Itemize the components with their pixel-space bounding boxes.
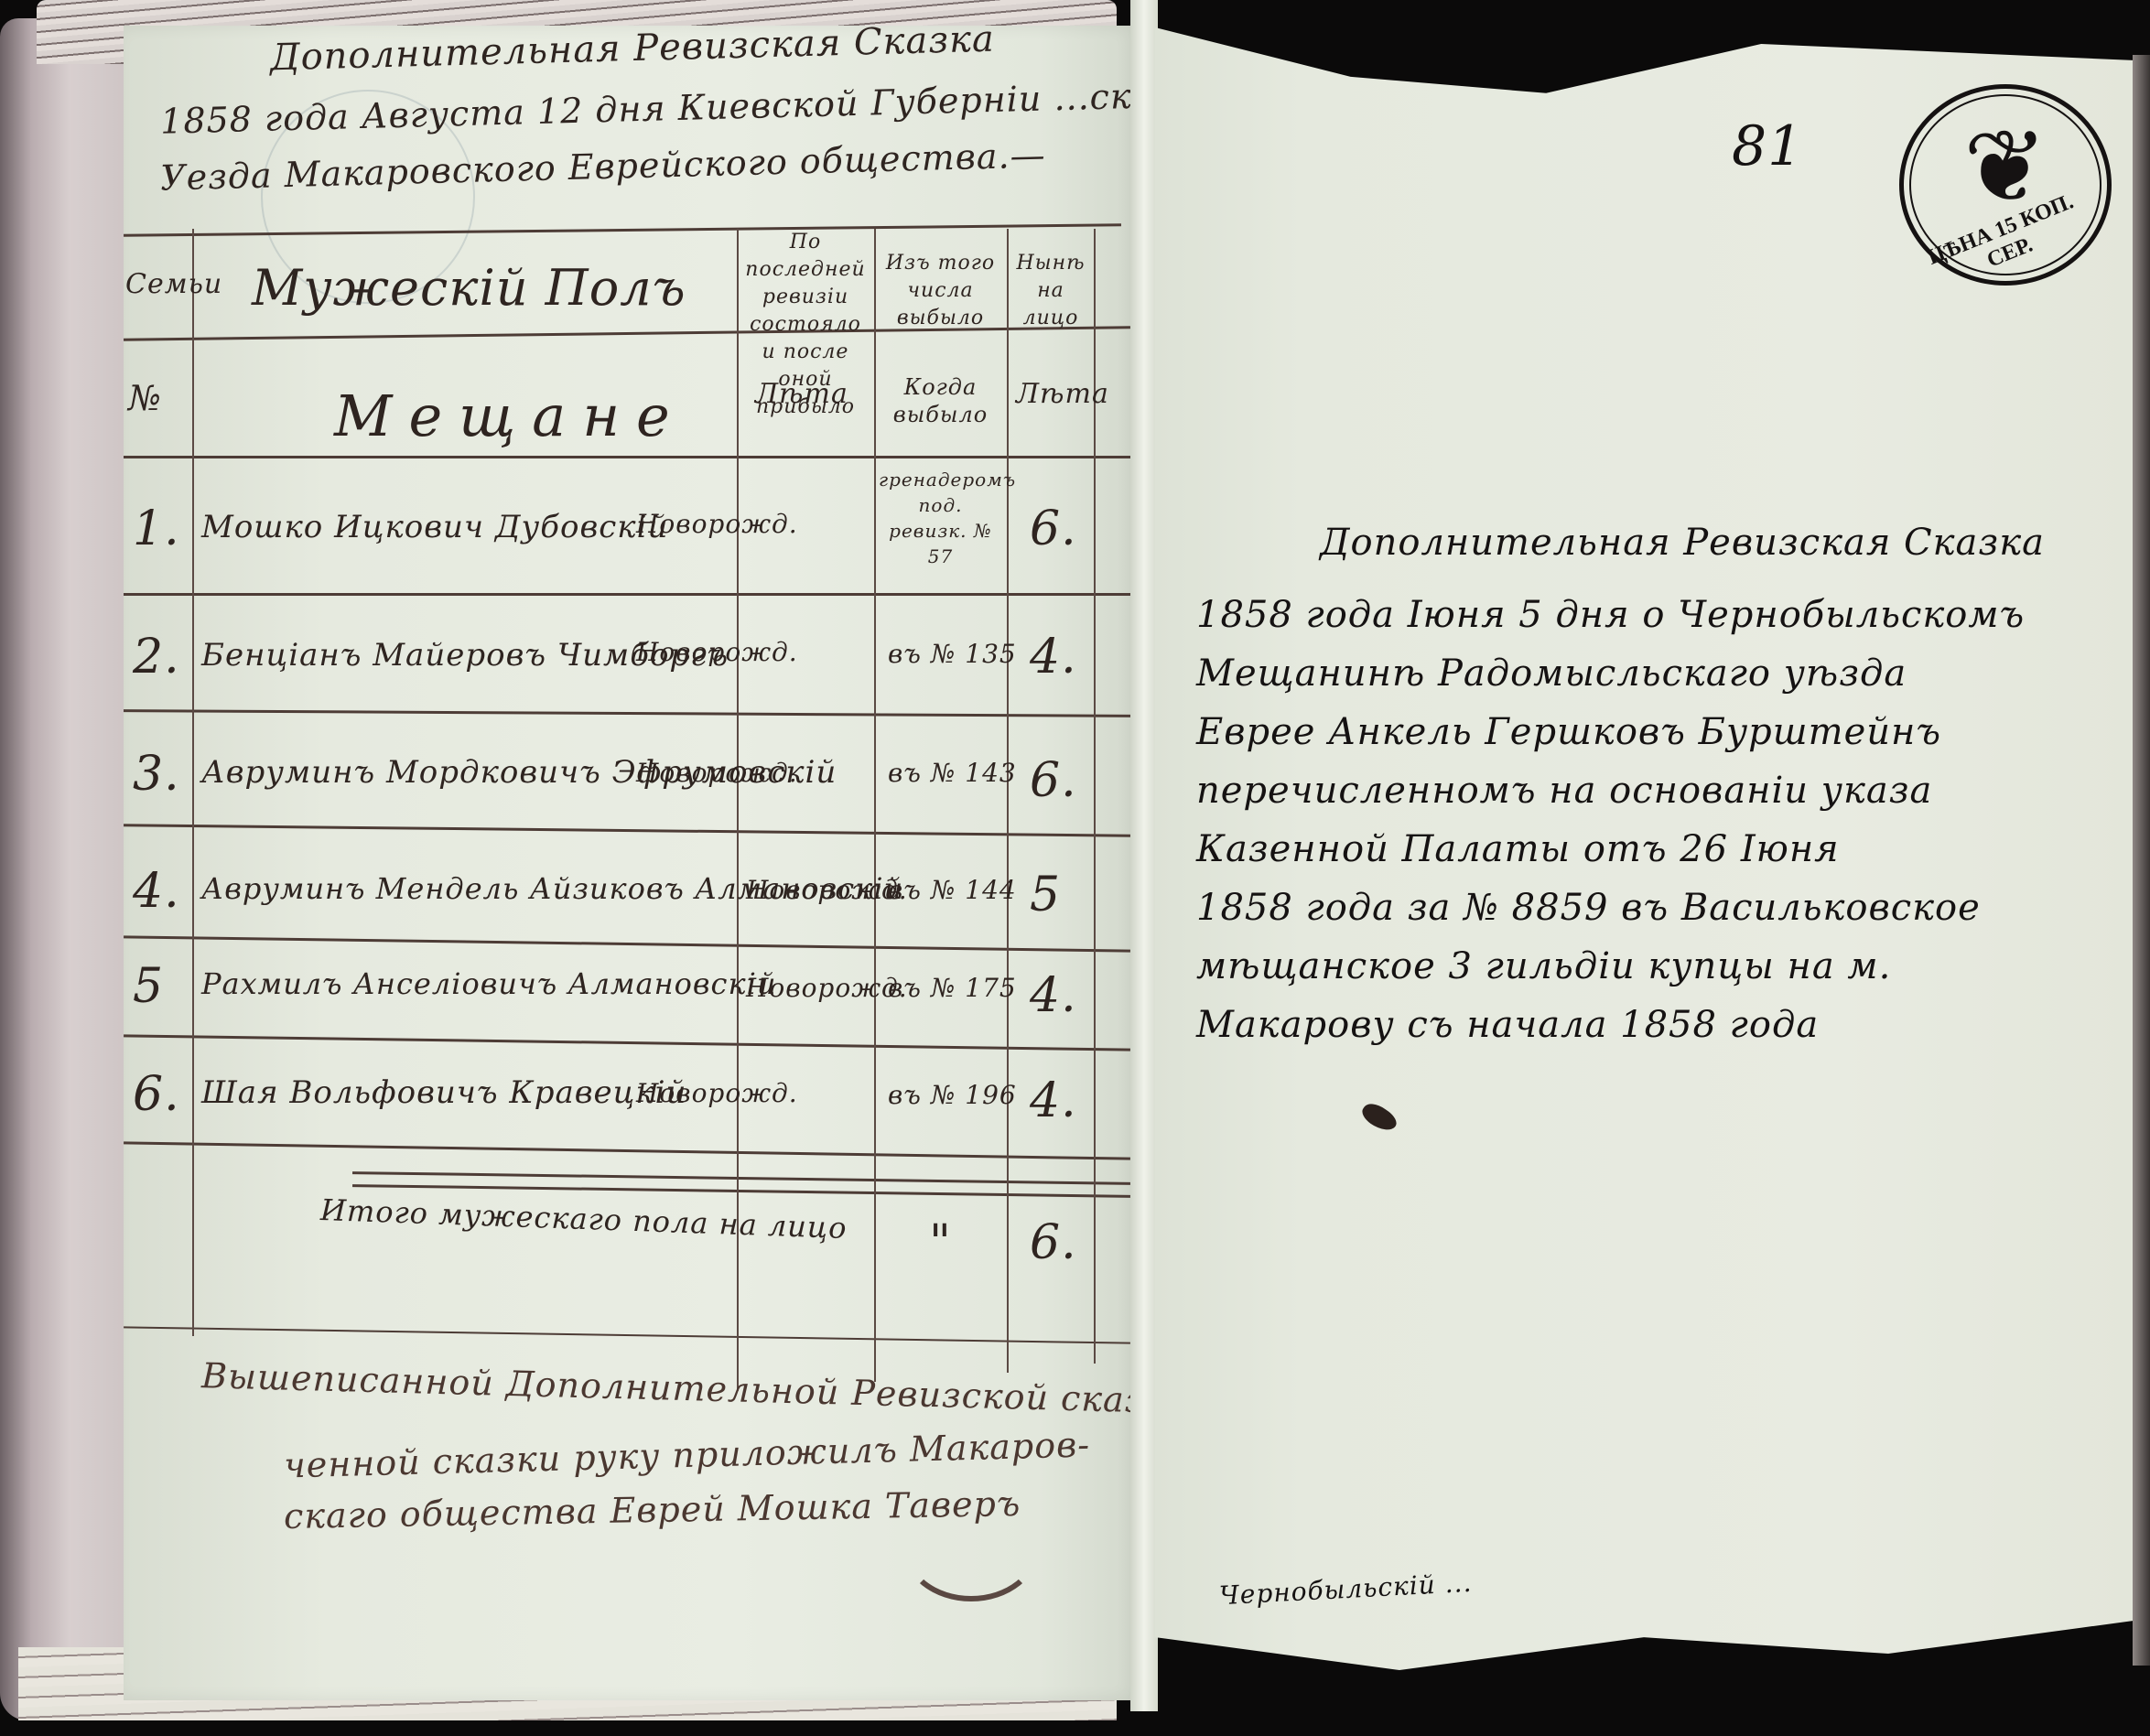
total-label: Итого мужескаго пола на лицо	[320, 1192, 848, 1245]
row-rule	[124, 935, 1130, 952]
row-number: 3.	[133, 747, 180, 802]
footer-line-2: ченной сказки руку приложилъ Макаров-	[284, 1424, 1091, 1485]
subheader-when-left: Когда выбыло	[879, 373, 1002, 428]
row-revision: Новорожд.	[636, 509, 798, 539]
row-left: въ № 144	[888, 875, 1017, 905]
row-present: 6.	[1030, 753, 1077, 808]
row-rule	[124, 709, 1130, 717]
row-left: въ № 143	[888, 758, 1017, 788]
body-line: 1858 года за № 8859 въ Васильковское	[1196, 879, 2025, 937]
row-present: 4.	[1030, 968, 1077, 1023]
header-male-sex: Мужескій Полъ	[252, 259, 686, 317]
row-present: 6.	[1030, 501, 1077, 556]
right-page-body: 1858 года Іюня 5 дня о Чернобыльскомъ Ме…	[1196, 586, 2025, 1054]
left-page: Дополнительная Ревизская Сказка 1858 год…	[124, 26, 1140, 1700]
row-number: 4.	[133, 864, 180, 919]
body-line: Макарову съ начала 1858 года	[1196, 996, 2025, 1054]
total-present: 6.	[1030, 1215, 1077, 1270]
total-double-rule	[352, 1184, 1130, 1198]
left-page-heading: Дополнительная Ревизская Сказка	[270, 18, 996, 80]
row-revision: Новорожд.	[636, 637, 798, 667]
subheader-years-2: Лѣта	[1016, 378, 1109, 410]
header-families: Семьи	[125, 268, 222, 300]
table-bottom-rule	[124, 1326, 1130, 1343]
body-line: мѣщанское 3 гильдіи купцы на м.	[1196, 937, 2025, 996]
row-number: 1.	[133, 501, 180, 556]
row-left: въ № 196	[888, 1080, 1017, 1110]
total-double-rule	[352, 1171, 1130, 1185]
row-number: 2.	[133, 630, 180, 685]
row-name: Шая Вольфовичъ Кравецкій	[201, 1074, 686, 1111]
body-line: 1858 года Іюня 5 дня о Чернобыльскомъ	[1196, 586, 2025, 644]
right-page-edge	[2133, 55, 2150, 1666]
subheader-years-1: Лѣта	[755, 378, 848, 410]
row-name: Рахмилъ Анселіовичъ Алмановскій	[201, 966, 776, 1001]
body-line: Мещанинѣ Радомысльскаго уѣзда	[1196, 644, 2025, 703]
left-page-subheading-1: 1858 года Августа 12 дня Киевской Губерн…	[160, 74, 1194, 142]
ink-blot	[1358, 1099, 1399, 1137]
row-revision: Новорожд.	[636, 1078, 798, 1108]
row-left: въ № 175	[888, 973, 1017, 1003]
book-gutter	[1130, 0, 1158, 1711]
row-revision: Новорожд.	[636, 758, 798, 788]
column-divider	[874, 229, 876, 1382]
row-left: гренадеромъ под. ревизк. № 57	[879, 467, 1002, 569]
right-page-heading: Дополнительная Ревизская Сказка	[1320, 522, 2045, 564]
header-of-which-left: Изъ того числа выбыло	[879, 250, 1002, 332]
folio-number: 81	[1732, 114, 1803, 178]
signature-flourish	[902, 1490, 1041, 1601]
body-line: Казенной Палаты отъ 26 Іюня	[1196, 820, 2025, 879]
row-revision: Новорожд.	[746, 875, 908, 905]
row-name: Мошко Ицкович Дубовскій	[201, 509, 668, 545]
row-present: 4.	[1030, 1073, 1077, 1128]
subheader-number: №	[128, 378, 162, 418]
body-line: перечисленномъ на основаніи указа	[1196, 761, 2025, 820]
tax-stamp: ❦ ЦѢНА 15 КОП. СЕР.	[1899, 84, 2112, 286]
row-rule	[124, 1034, 1130, 1051]
row-rule	[124, 593, 1130, 596]
body-line: Еврее Анкель Гершковъ Бурштейнъ	[1196, 703, 2025, 761]
row-revision: Новорожд.	[746, 973, 908, 1003]
row-rule	[124, 1141, 1130, 1159]
row-present: 5	[1030, 868, 1061, 922]
row-number: 5	[133, 959, 164, 1014]
row-number: 6.	[133, 1067, 180, 1122]
row-rule	[124, 456, 1130, 458]
total-left: "	[929, 1215, 952, 1270]
row-rule	[124, 824, 1130, 837]
row-left: въ № 135	[888, 639, 1017, 669]
row-present: 4.	[1030, 630, 1077, 685]
column-divider	[1007, 229, 1009, 1373]
column-divider	[192, 229, 194, 1336]
bottom-edge-note: Чернобыльскій ...	[1218, 1568, 1473, 1611]
header-now-present: Нынѣ на лицо	[1010, 250, 1092, 332]
subheader-class: Мещане	[334, 383, 686, 449]
